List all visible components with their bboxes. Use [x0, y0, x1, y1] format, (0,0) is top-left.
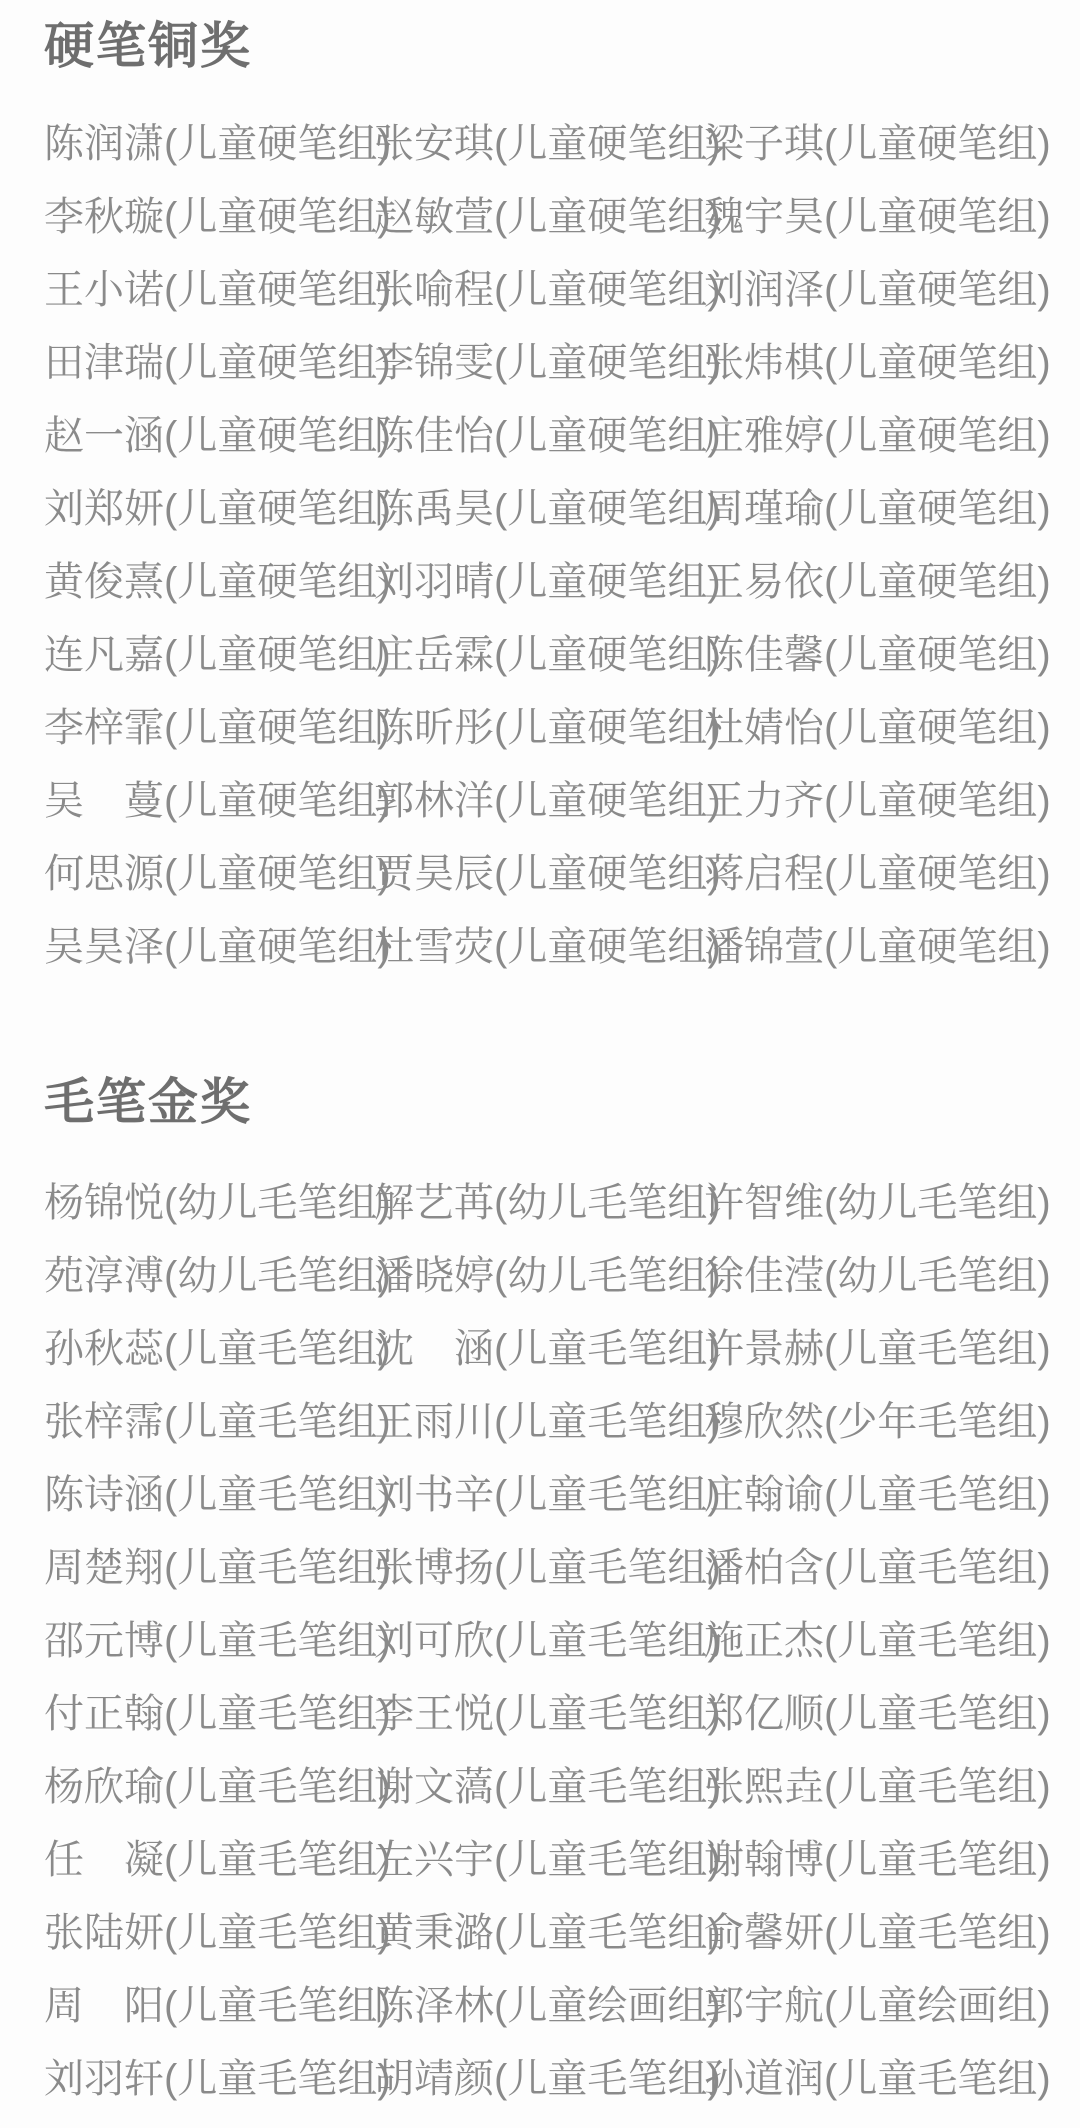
winner-entry: 张炜棋(儿童硬笔组) — [704, 343, 1080, 383]
winner-entry: 李秋璇(儿童硬笔组) — [44, 197, 374, 237]
winner-entry: 陈佳馨(儿童硬笔组) — [704, 635, 1080, 675]
winner-entry: 潘锦萱(儿童硬笔组) — [704, 927, 1080, 967]
winner-entry: 左兴宇(儿童毛笔组) — [374, 1840, 704, 1880]
winner-entry: 郭宇航(儿童绘画组) — [704, 1986, 1080, 2026]
winner-entry: 梁子琪(儿童硬笔组) — [704, 124, 1080, 164]
winner-entry: 陈泽林(儿童绘画组) — [374, 1986, 704, 2026]
winner-entry: 苑淳溥(幼儿毛笔组) — [44, 1256, 374, 1296]
winner-row: 李秋璇(儿童硬笔组)赵敏萱(儿童硬笔组)魏宇昊(儿童硬笔组) — [44, 180, 1080, 253]
winner-entry: 杜雪荧(儿童硬笔组) — [374, 927, 704, 967]
winner-row: 刘郑妍(儿童硬笔组)陈禹昊(儿童硬笔组)周瑾瑜(儿童硬笔组) — [44, 472, 1080, 545]
winner-row: 苑淳溥(幼儿毛笔组)潘晓婷(幼儿毛笔组)徐佳滢(幼儿毛笔组) — [44, 1239, 1080, 1312]
winner-entry: 陈润潇(儿童硬笔组) — [44, 124, 374, 164]
section-title-brush-gold: 毛笔金奖 — [44, 1072, 252, 1132]
winner-entry: 陈昕彤(儿童硬笔组) — [374, 708, 704, 748]
winner-entry: 沈 涵(儿童毛笔组) — [374, 1329, 704, 1369]
winner-entry: 穆欣然(少年毛笔组) — [704, 1402, 1080, 1442]
winner-row: 张梓霈(儿童毛笔组)王雨川(儿童毛笔组)穆欣然(少年毛笔组) — [44, 1385, 1080, 1458]
winner-entry: 庄岳霖(儿童硬笔组) — [374, 635, 704, 675]
winner-entry: 李王悦(儿童毛笔组) — [374, 1694, 704, 1734]
winner-entry: 吴 蔓(儿童硬笔组) — [44, 781, 374, 821]
award-list-page: 硬笔铜奖 陈润潇(儿童硬笔组)张安琪(儿童硬笔组)梁子琪(儿童硬笔组)李秋璇(儿… — [0, 0, 1080, 2128]
winner-entry: 许景赫(儿童毛笔组) — [704, 1329, 1080, 1369]
winner-entry: 陈禹昊(儿童硬笔组) — [374, 489, 704, 529]
winner-entry: 俞馨妍(儿童毛笔组) — [704, 1913, 1080, 1953]
winner-entry: 连凡嘉(儿童硬笔组) — [44, 635, 374, 675]
winner-entry: 庄翰谕(儿童毛笔组) — [704, 1475, 1080, 1515]
winner-entry: 黄秉潞(儿童毛笔组) — [374, 1913, 704, 1953]
winner-entry: 陈诗涵(儿童毛笔组) — [44, 1475, 374, 1515]
winner-entry: 赵一涵(儿童硬笔组) — [44, 416, 374, 456]
winner-entry: 吴昊泽(儿童硬笔组) — [44, 927, 374, 967]
winner-entry: 刘润泽(儿童硬笔组) — [704, 270, 1080, 310]
winner-row: 杨欣瑜(儿童毛笔组)谢文薃(儿童毛笔组)张熙垚(儿童毛笔组) — [44, 1750, 1080, 1823]
winner-row: 陈诗涵(儿童毛笔组)刘书辛(儿童毛笔组)庄翰谕(儿童毛笔组) — [44, 1458, 1080, 1531]
winner-entry: 庄雅婷(儿童硬笔组) — [704, 416, 1080, 456]
winner-entry: 付正翰(儿童毛笔组) — [44, 1694, 374, 1734]
winner-entry: 赵敏萱(儿童硬笔组) — [374, 197, 704, 237]
winner-entry: 潘晓婷(幼儿毛笔组) — [374, 1256, 704, 1296]
winner-row: 王小诺(儿童硬笔组)张喻程(儿童硬笔组)刘润泽(儿童硬笔组) — [44, 253, 1080, 326]
winner-entry: 解艺苒(幼儿毛笔组) — [374, 1183, 704, 1223]
winner-entry: 谢翰博(儿童毛笔组) — [704, 1840, 1080, 1880]
winner-row: 李梓霏(儿童硬笔组)陈昕彤(儿童硬笔组)杜婧怡(儿童硬笔组) — [44, 691, 1080, 764]
winner-entry: 魏宇昊(儿童硬笔组) — [704, 197, 1080, 237]
winner-entry: 周瑾瑜(儿童硬笔组) — [704, 489, 1080, 529]
winner-entry: 施正杰(儿童毛笔组) — [704, 1621, 1080, 1661]
winner-entry: 田津瑞(儿童硬笔组) — [44, 343, 374, 383]
winner-row: 周楚翔(儿童毛笔组)张博扬(儿童毛笔组)潘柏含(儿童毛笔组) — [44, 1531, 1080, 1604]
winner-entry: 郑亿顺(儿童毛笔组) — [704, 1694, 1080, 1734]
winner-row: 吴昊泽(儿童硬笔组)杜雪荧(儿童硬笔组)潘锦萱(儿童硬笔组) — [44, 910, 1080, 983]
winner-entry: 周 阳(儿童毛笔组) — [44, 1986, 374, 2026]
winner-entry: 刘书辛(儿童毛笔组) — [374, 1475, 704, 1515]
winner-entry: 任 凝(儿童毛笔组) — [44, 1840, 374, 1880]
winner-entry: 胡靖颜(儿童毛笔组) — [374, 2059, 704, 2099]
winner-list-hardpen-bronze: 陈润潇(儿童硬笔组)张安琪(儿童硬笔组)梁子琪(儿童硬笔组)李秋璇(儿童硬笔组)… — [44, 107, 1080, 983]
winner-row: 陈润潇(儿童硬笔组)张安琪(儿童硬笔组)梁子琪(儿童硬笔组) — [44, 107, 1080, 180]
winner-row: 邵元博(儿童毛笔组)刘可欣(儿童毛笔组)施正杰(儿童毛笔组) — [44, 1604, 1080, 1677]
winner-entry: 王雨川(儿童毛笔组) — [374, 1402, 704, 1442]
winner-entry: 李梓霏(儿童硬笔组) — [44, 708, 374, 748]
winner-entry: 潘柏含(儿童毛笔组) — [704, 1548, 1080, 1588]
winner-entry: 张安琪(儿童硬笔组) — [374, 124, 704, 164]
winner-entry: 杜婧怡(儿童硬笔组) — [704, 708, 1080, 748]
winner-entry: 黄俊熹(儿童硬笔组) — [44, 562, 374, 602]
winner-entry: 刘羽轩(儿童毛笔组) — [44, 2059, 374, 2099]
winner-entry: 王小诺(儿童硬笔组) — [44, 270, 374, 310]
winner-entry: 王力齐(儿童硬笔组) — [704, 781, 1080, 821]
winner-entry: 郭林洋(儿童硬笔组) — [374, 781, 704, 821]
winner-entry: 孙秋蕊(儿童毛笔组) — [44, 1329, 374, 1369]
winner-entry: 刘可欣(儿童毛笔组) — [374, 1621, 704, 1661]
winner-entry: 张梓霈(儿童毛笔组) — [44, 1402, 374, 1442]
winner-row: 张陆妍(儿童毛笔组)黄秉潞(儿童毛笔组)俞馨妍(儿童毛笔组) — [44, 1896, 1080, 1969]
winner-entry: 贾昊辰(儿童硬笔组) — [374, 854, 704, 894]
winner-row: 田津瑞(儿童硬笔组)李锦雯(儿童硬笔组)张炜棋(儿童硬笔组) — [44, 326, 1080, 399]
winner-entry: 李锦雯(儿童硬笔组) — [374, 343, 704, 383]
winner-entry: 刘羽晴(儿童硬笔组) — [374, 562, 704, 602]
winner-entry: 张熙垚(儿童毛笔组) — [704, 1767, 1080, 1807]
winner-entry: 邵元博(儿童毛笔组) — [44, 1621, 374, 1661]
winner-entry: 蒋启程(儿童硬笔组) — [704, 854, 1080, 894]
winner-entry: 张喻程(儿童硬笔组) — [374, 270, 704, 310]
winner-row: 刘羽轩(儿童毛笔组)胡靖颜(儿童毛笔组)孙道润(儿童毛笔组) — [44, 2042, 1080, 2115]
winner-row: 吴 蔓(儿童硬笔组)郭林洋(儿童硬笔组)王力齐(儿童硬笔组) — [44, 764, 1080, 837]
winner-entry: 杨锦悦(幼儿毛笔组) — [44, 1183, 374, 1223]
winner-entry: 张陆妍(儿童毛笔组) — [44, 1913, 374, 1953]
winner-entry: 谢文薃(儿童毛笔组) — [374, 1767, 704, 1807]
winner-row: 黄俊熹(儿童硬笔组)刘羽晴(儿童硬笔组)王易依(儿童硬笔组) — [44, 545, 1080, 618]
section-title-hardpen-bronze: 硬笔铜奖 — [44, 16, 252, 76]
winner-entry: 何思源(儿童硬笔组) — [44, 854, 374, 894]
winner-entry: 陈佳怡(儿童硬笔组) — [374, 416, 704, 456]
winner-row: 孙秋蕊(儿童毛笔组)沈 涵(儿童毛笔组)许景赫(儿童毛笔组) — [44, 1312, 1080, 1385]
winner-row: 赵一涵(儿童硬笔组)陈佳怡(儿童硬笔组)庄雅婷(儿童硬笔组) — [44, 399, 1080, 472]
winner-entry: 孙道润(儿童毛笔组) — [704, 2059, 1080, 2099]
winner-entry: 许智维(幼儿毛笔组) — [704, 1183, 1080, 1223]
winner-row: 杨锦悦(幼儿毛笔组)解艺苒(幼儿毛笔组)许智维(幼儿毛笔组) — [44, 1166, 1080, 1239]
winner-entry: 刘郑妍(儿童硬笔组) — [44, 489, 374, 529]
winner-entry: 张博扬(儿童毛笔组) — [374, 1548, 704, 1588]
winner-row: 何思源(儿童硬笔组)贾昊辰(儿童硬笔组)蒋启程(儿童硬笔组) — [44, 837, 1080, 910]
winner-list-brush-gold: 杨锦悦(幼儿毛笔组)解艺苒(幼儿毛笔组)许智维(幼儿毛笔组)苑淳溥(幼儿毛笔组)… — [44, 1166, 1080, 2115]
winner-entry: 杨欣瑜(儿童毛笔组) — [44, 1767, 374, 1807]
winner-row: 周 阳(儿童毛笔组)陈泽林(儿童绘画组)郭宇航(儿童绘画组) — [44, 1969, 1080, 2042]
winner-row: 连凡嘉(儿童硬笔组)庄岳霖(儿童硬笔组)陈佳馨(儿童硬笔组) — [44, 618, 1080, 691]
winner-entry: 王易依(儿童硬笔组) — [704, 562, 1080, 602]
winner-entry: 徐佳滢(幼儿毛笔组) — [704, 1256, 1080, 1296]
winner-entry: 周楚翔(儿童毛笔组) — [44, 1548, 374, 1588]
winner-row: 任 凝(儿童毛笔组)左兴宇(儿童毛笔组)谢翰博(儿童毛笔组) — [44, 1823, 1080, 1896]
winner-row: 付正翰(儿童毛笔组)李王悦(儿童毛笔组)郑亿顺(儿童毛笔组) — [44, 1677, 1080, 1750]
